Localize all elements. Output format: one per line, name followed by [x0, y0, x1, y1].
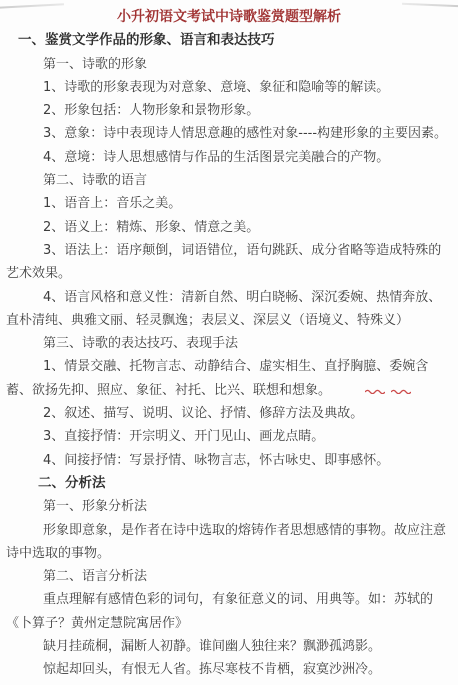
- sub-heading: 第一、形象分析法: [6, 495, 452, 518]
- paragraph: 4、语言风格和意义性：清新自然、明白晓畅、深沉委婉、热情奔放、直朴清纯、典雅文丽…: [6, 286, 452, 333]
- paragraph: 3、直接抒情：开宗明义、开门见山、画龙点睛。: [6, 425, 452, 448]
- paragraph: 1、语音上：音乐之美。: [6, 192, 452, 215]
- section-heading-analysis: 二、分析法: [6, 472, 452, 495]
- document-title: 小升初语文考试中诗歌鉴赏题型解析: [6, 6, 452, 29]
- paragraph: 2、叙述、描写、说明、议论、抒情、修辞方法及典故。: [6, 402, 452, 425]
- paragraph: 3、意象：诗中表现诗人情思意趣的感性对象----构建形象的主要因素。: [6, 122, 452, 145]
- paragraph: 重点理解有感情色彩的词句，有象征意义的词、用典等。如：苏轼的《卜算子？黄州定慧院…: [6, 588, 452, 635]
- sub-heading: 第二、诗歌的语言: [6, 169, 452, 192]
- spellcheck-squiggle-icon: [391, 388, 411, 394]
- paragraph-with-spellcheck: 1、情景交融、托物言志、动静结合、虚实相生、直抒胸臆、委婉含蓄、欲扬先抑、照应、…: [6, 355, 452, 402]
- poem-line: 缺月挂疏桐，漏断人初静。谁间幽人独往来？飘渺孤鸿影。: [6, 635, 452, 658]
- paragraph: 4、间接抒情：写景抒情、咏物言志，怀古咏史、即事感怀。: [6, 449, 452, 472]
- paragraph: 2、形象包括：人物形象和景物形象。: [6, 99, 452, 122]
- sub-heading: 第一、诗歌的形象: [6, 53, 452, 76]
- paragraph: 2、语义上：精炼、形象、情意之美。: [6, 216, 452, 239]
- sub-heading: 第三、诗歌的表达技巧、表现手法: [6, 332, 452, 355]
- document-page: 小升初语文考试中诗歌鉴赏题型解析 一、鉴赏文学作品的形象、语言和表达技巧 第一、…: [0, 0, 458, 685]
- spellcheck-squiggle-icon: [365, 388, 385, 394]
- paragraph: 形象即意象，是作者在诗中选取的熔铸作者思想感情的事物。故应注意诗中选取的事物。: [6, 519, 452, 566]
- sub-heading: 第二、语言分析法: [6, 565, 452, 588]
- section-heading-appreciation: 一、鉴赏文学作品的形象、语言和表达技巧: [6, 29, 452, 52]
- paragraph: 4、意境：诗人思想感情与作品的生活图景完美融合的产物。: [6, 146, 452, 169]
- poem-line: 惊起却回头，有恨无人省。拣尽寒枝不肯栖，寂寞沙洲冷。: [6, 658, 452, 681]
- paragraph: 3、语法上：语序颠倒，词语错位，语句跳跃、成分省略等造成特殊的艺术效果。: [6, 239, 452, 286]
- paragraph: 1、诗歌的形象表现为对意象、意境、象征和隐喻等的解读。: [6, 76, 452, 99]
